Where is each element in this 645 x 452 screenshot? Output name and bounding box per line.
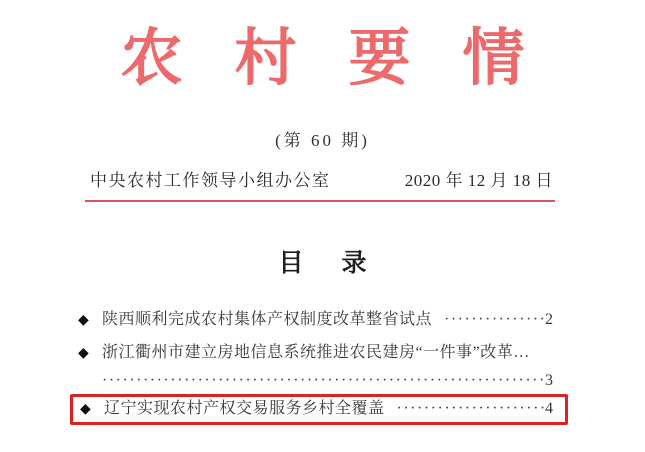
- page-number: 3: [545, 369, 553, 393]
- highlight-box: ◆ 辽宁实现农村产权交易服务乡村全覆盖 ····················…: [70, 394, 568, 425]
- page-number: 2: [545, 308, 553, 332]
- toc-item-zhejiang: ◆ 浙江衢州市建立房地信息系统推进农民建房“一件事”改革…: [78, 341, 553, 366]
- header-row: 中央农村工作领导小组办公室 2020 年 12 月 18 日: [0, 170, 645, 192]
- toc-item-zhejiang-wrap-line: ········································…: [78, 369, 553, 393]
- toc-list: ◆ 陕西顺利完成农村集体产权制度改革整省试点 ················ …: [0, 308, 645, 425]
- toc-item-liaoning: ◆ 辽宁实现农村产权交易服务乡村全覆盖 ····················…: [80, 398, 553, 421]
- leader-dots: ················: [432, 308, 545, 332]
- diamond-bullet-icon: ◆: [78, 309, 102, 333]
- page-number: 4: [545, 398, 553, 420]
- leader-dots: ······················: [385, 398, 545, 420]
- diamond-bullet-icon: ◆: [80, 399, 104, 421]
- toc-item-shaanxi: ◆ 陕西顺利完成农村集体产权制度改革整省试点 ················ …: [78, 308, 553, 333]
- issuing-organization: 中央农村工作领导小组办公室: [90, 170, 331, 192]
- leader-dots: ········································…: [102, 369, 545, 393]
- toc-item-title: 陕西顺利完成农村集体产权制度改革整省试点: [102, 308, 432, 332]
- toc-item-title: 辽宁实现农村产权交易服务乡村全覆盖: [104, 398, 385, 420]
- red-divider-rule: [85, 200, 555, 202]
- toc-heading: 目录: [0, 250, 645, 278]
- document-page: 农村要情 (第 60 期) 中央农村工作领导小组办公室 2020 年 12 月 …: [0, 0, 645, 452]
- issue-number: (第 60 期): [0, 130, 645, 152]
- issue-date: 2020 年 12 月 18 日: [405, 170, 553, 192]
- diamond-bullet-icon: ◆: [78, 342, 102, 366]
- masthead-title: 农村要情: [0, 22, 645, 96]
- toc-item-title: 浙江衢州市建立房地信息系统推进农民建房“一件事”改革…: [102, 341, 530, 365]
